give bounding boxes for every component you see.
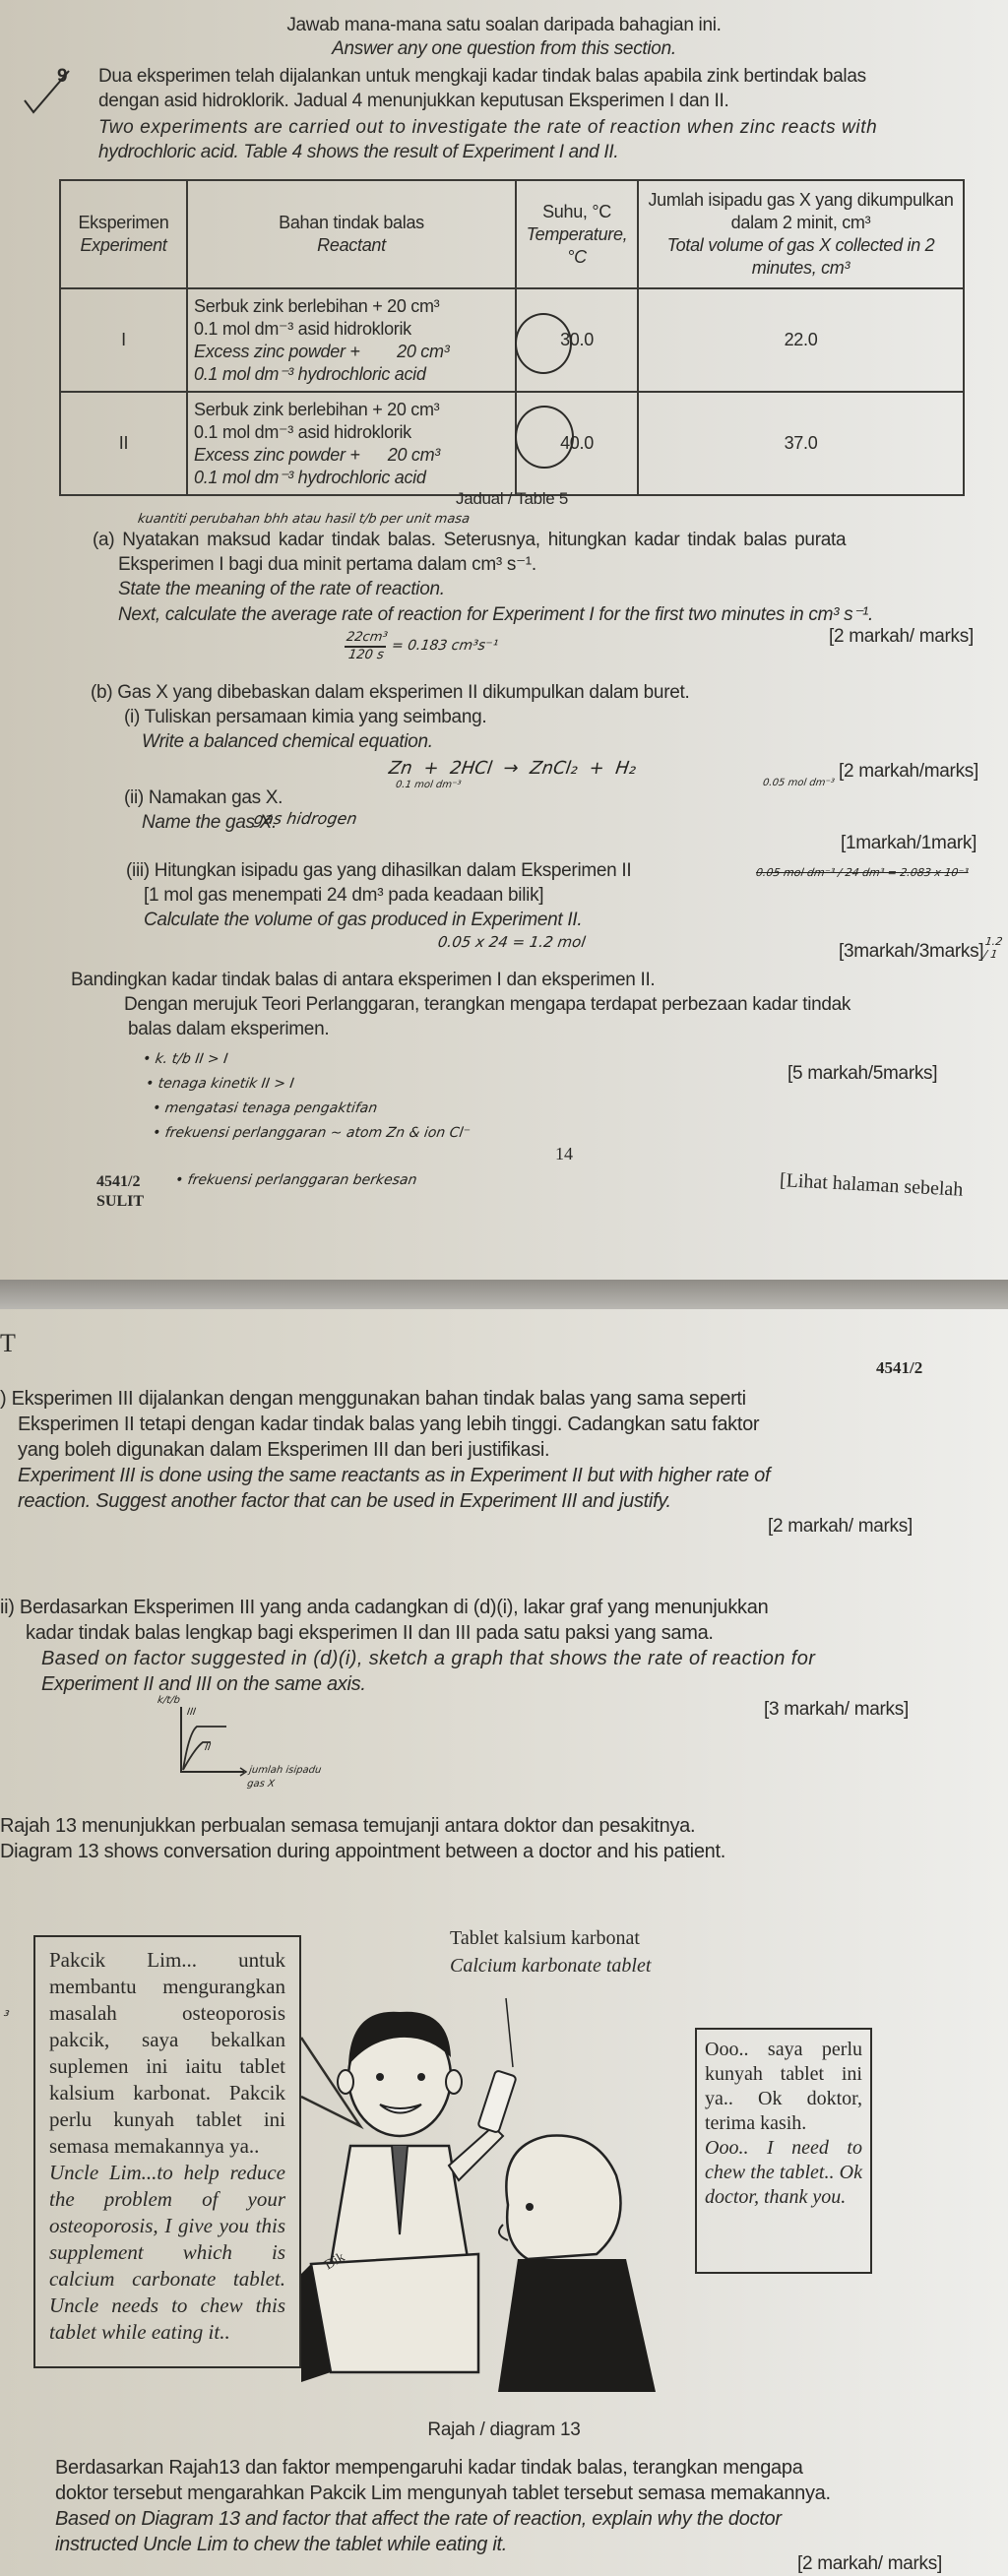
header-volume-en: Total volume of gas X collected in 2 min…: [645, 234, 957, 280]
exam-page-14: Jawab mana-mana satu soalan daripada bah…: [0, 0, 1008, 1280]
handwritten-note-a: kuantiti perubahan bhh atau hasil t/b pe…: [137, 512, 471, 527]
handwritten-answer-4: • frekuensi perlanggaran ~ atom Zn & ion…: [152, 1125, 472, 1141]
part-b-i-marks: [2 markah/marks]: [839, 761, 978, 783]
header-code: 4541/2: [876, 1358, 922, 1378]
part-b-ii-marks: [1markah/1mark]: [841, 833, 976, 854]
intro-ms-line-2: dengan asid hidroklorik. Jadual 4 menunj…: [98, 88, 965, 114]
part-d-i-marks: [2 markah/ marks]: [768, 1516, 913, 1538]
instruction-en: Answer any one question from this sectio…: [0, 35, 1008, 62]
part-a-en-line-2: Next, calculate the average rate of reac…: [118, 601, 873, 628]
table-caption: Jadual / Table 5: [59, 485, 965, 512]
part-d-ii-en-line-1: Based on factor suggested in (d)(i), ske…: [41, 1646, 996, 1672]
header-reactant: Bahan tindak balas Reactant: [187, 180, 516, 288]
handwritten-answer-2: • tenaga kinetik II > I: [145, 1076, 295, 1092]
reactant-ms-1: Serbuk zink berlebihan + 20 cm³: [194, 399, 509, 421]
doctor-speech-bubble: Pakcik Lim... untuk membantu mengurangka…: [33, 1935, 301, 2368]
handwritten-fraction: 1.2 / 1: [982, 935, 1008, 961]
handwritten-answer-5: • frekuensi perlanggaran berkesan: [174, 1172, 418, 1188]
handwritten-gas-name: gas hidrogen: [253, 809, 358, 828]
part-b-ii-ms: (ii) Namakan gas X.: [124, 785, 283, 811]
part-b-i-en: Write a balanced chemical equation.: [142, 728, 433, 755]
table-header-row: Eksperimen Experiment Bahan tindak balas…: [60, 180, 964, 288]
intro-ms-line-1: Dua eksperimen telah dijalankan untuk me…: [98, 63, 965, 90]
part-d-i-en-line-1: Experiment III is done using the same re…: [18, 1463, 992, 1489]
tablet-label-en: Calcium karbonate tablet: [450, 1955, 651, 1978]
margin-mark: ₃: [3, 2004, 11, 2020]
handwritten-volume-calc: 0.05 x 24 = 1.2 mol: [437, 933, 587, 951]
diagram13-intro-ms: Rajah 13 menunjukkan perbualan semasa te…: [0, 1813, 695, 1840]
page-number: 14: [555, 1144, 573, 1164]
sketch-graph: [167, 1703, 256, 1782]
part-a-en-line-1: State the meaning of the rate of reactio…: [118, 576, 445, 602]
patient-speech-en: Ooo.. I need to chew the tablet.. Ok doc…: [705, 2136, 862, 2210]
diagram13-caption: Rajah / diagram 13: [0, 2419, 1008, 2441]
header-temp-ms: Suhu, °C: [523, 201, 631, 223]
part-d-ii-ms-line-2: kadar tindak balas lengkap bagi eksperim…: [26, 1620, 714, 1647]
header-experiment-en: Experiment: [67, 234, 180, 257]
footer-sulit: SULIT: [96, 1193, 144, 1211]
reactant-ms-2: 0.1 mol dm⁻³ asid hidroklorik: [194, 421, 509, 444]
header-left-letter: T: [0, 1329, 16, 1358]
results-table: Eksperimen Experiment Bahan tindak balas…: [59, 179, 965, 496]
handwritten-denominator: 120 s: [347, 648, 385, 662]
reactant-en-2: 0.1 mol dm⁻³ hydrochloric acid: [194, 363, 509, 386]
part-c-ms-line-1: Bandingkan kadar tindak balas di antara …: [71, 967, 655, 993]
part-a-marks: [2 markah/ marks]: [829, 626, 974, 648]
part-d-i-en-line-2: reaction. Suggest another factor that ca…: [18, 1488, 671, 1515]
table-row: II Serbuk zink berlebihan + 20 cm³ 0.1 m…: [60, 392, 964, 495]
header-reactant-ms: Bahan tindak balas: [194, 212, 509, 234]
part-a-ms-line-1: (a) Nyatakan maksud kadar tindak balas. …: [93, 527, 978, 553]
patient-speech-ms: Ooo.. saya perlu kunyah tablet ini ya.. …: [705, 2038, 862, 2136]
handwritten-result: = 0.183 cm³s⁻¹: [391, 638, 499, 654]
part-d-i-ms-line-2: Eksperimen II tetapi dengan kadar tindak…: [18, 1412, 982, 1438]
tablet-label-ms: Tablet kalsium karbonat: [450, 1927, 640, 1950]
intro-en-line-1: Two experiments are carried out to inves…: [98, 114, 965, 141]
handwritten-crossed-calc: 0.05 mol dm⁻³ / 24 dm³ = 2.083 x 10⁻³: [755, 866, 1003, 879]
part-d-i-ms-line-1: ) Eksperimen III dijalankan dengan mengg…: [0, 1386, 975, 1413]
part-d-ii-marks: [3 markah/ marks]: [764, 1699, 909, 1721]
header-volume: Jumlah isipadu gas X yang dikumpulkan da…: [638, 180, 964, 288]
reactant-en-1: Excess zinc powder + 20 cm³: [194, 444, 509, 467]
handwritten-conc-2: 0.05 mol dm⁻³: [762, 778, 835, 788]
intro-en-line-2: hydrochloric acid. Table 4 shows the res…: [98, 139, 965, 165]
footer-code: 4541/2: [96, 1173, 140, 1191]
part-e-marks: [2 markah/ marks]: [797, 2553, 942, 2575]
volume-cell: 37.0: [638, 392, 964, 495]
part-e-ms-line-2: doktor tersebut mengarahkan Pakcik Lim m…: [55, 2481, 1000, 2507]
doctor-speech-ms: Pakcik Lim... untuk membantu mengurangka…: [49, 1947, 285, 2160]
footer-next-page: [Lihat halaman sebelah: [779, 1169, 964, 1202]
handwritten-conc-1: 0.1 mol dm⁻³: [395, 780, 462, 790]
volume-cell: 22.0: [638, 288, 964, 392]
header-temp-en: Temperature, °C: [523, 223, 631, 269]
part-d-ii-en-line-2: Experiment II and III on the same axis.: [41, 1671, 366, 1698]
reactant-ms-2: 0.1 mol dm⁻³ asid hidroklorik: [194, 318, 509, 341]
pen-circle-temp-2: [515, 406, 574, 469]
table-row: I Serbuk zink berlebihan + 20 cm³ 0.1 mo…: [60, 288, 964, 392]
part-e-en-line-1: Based on Diagram 13 and factor that affe…: [55, 2506, 1000, 2533]
handwritten-numerator: 22cm³: [346, 630, 389, 645]
experiment-cell: II: [60, 392, 187, 495]
header-temperature: Suhu, °C Temperature, °C: [516, 180, 638, 288]
part-e-ms-line-1: Berdasarkan Rajah13 dan faktor mempengar…: [55, 2455, 1000, 2482]
doctor-patient-illustration: [301, 1979, 695, 2392]
pen-circle-temp-1: [515, 313, 572, 374]
part-c-ms-line-2: Dengan merujuk Teori Perlanggaran, teran…: [124, 991, 850, 1018]
patient-speech-bubble: Ooo.. saya perlu kunyah tablet ini ya.. …: [695, 2028, 872, 2274]
handwritten-answer-3: • mengatasi tenaga pengaktifan: [152, 1100, 378, 1116]
part-b-iii-note: [1 mol gas menempati 24 dm³ pada keadaan…: [144, 882, 543, 909]
exam-page-15: T 4541/2 ) Eksperimen III dijalankan den…: [0, 1309, 1008, 2576]
part-a-ms-line-2: Eksperimen I bagi dua minit pertama dala…: [118, 551, 536, 578]
reactant-cell: Serbuk zink berlebihan + 20 cm³ 0.1 mol …: [187, 392, 516, 495]
tick-mark-icon: [20, 69, 79, 118]
handwritten-equation: Zn + 2HCl → ZnCl₂ + H₂: [388, 758, 638, 779]
part-c-ms-line-3: balas dalam eksperimen.: [128, 1016, 329, 1042]
part-b-iii-marks: [3markah/3marks]: [839, 941, 983, 963]
doctor-speech-en: Uncle Lim...to help reduce the problem o…: [49, 2160, 285, 2346]
diagram13-intro-en: Diagram 13 shows conversation during app…: [0, 1839, 725, 1865]
reactant-en-1: Excess zinc powder + 20 cm³: [194, 341, 509, 363]
part-c-marks: [5 markah/5marks]: [787, 1063, 937, 1085]
header-reactant-en: Reactant: [194, 234, 509, 257]
part-b-iii-en: Calculate the volume of gas produced in …: [144, 907, 582, 933]
part-b-iii-ms: (iii) Hitungkan isipadu gas yang dihasil…: [126, 857, 631, 884]
handwritten-answer-1: • k. t/b II > I: [142, 1051, 229, 1067]
instruction-ms: Jawab mana-mana satu soalan daripada bah…: [0, 12, 1008, 38]
sketch-curve-upper-label: III: [186, 1707, 196, 1718]
experiment-cell: I: [60, 288, 187, 392]
header-volume-ms: Jumlah isipadu gas X yang dikumpulkan da…: [645, 189, 957, 234]
sketch-x-label: jumlah isipadu gas X: [246, 1764, 339, 1791]
part-b-i-ms: (i) Tuliskan persamaan kimia yang seimba…: [124, 704, 486, 730]
part-b-intro: (b) Gas X yang dibebaskan dalam eksperim…: [91, 679, 689, 706]
reactant-cell: Serbuk zink berlebihan + 20 cm³ 0.1 mol …: [187, 288, 516, 392]
header-experiment: Eksperimen Experiment: [60, 180, 187, 288]
header-experiment-ms: Eksperimen: [67, 212, 180, 234]
part-d-ii-ms-line-1: ii) Berdasarkan Eksperimen III yang anda…: [0, 1595, 975, 1621]
part-d-i-ms-line-3: yang boleh digunakan dalam Eksperimen II…: [18, 1437, 549, 1464]
reactant-ms-1: Serbuk zink berlebihan + 20 cm³: [194, 295, 509, 318]
